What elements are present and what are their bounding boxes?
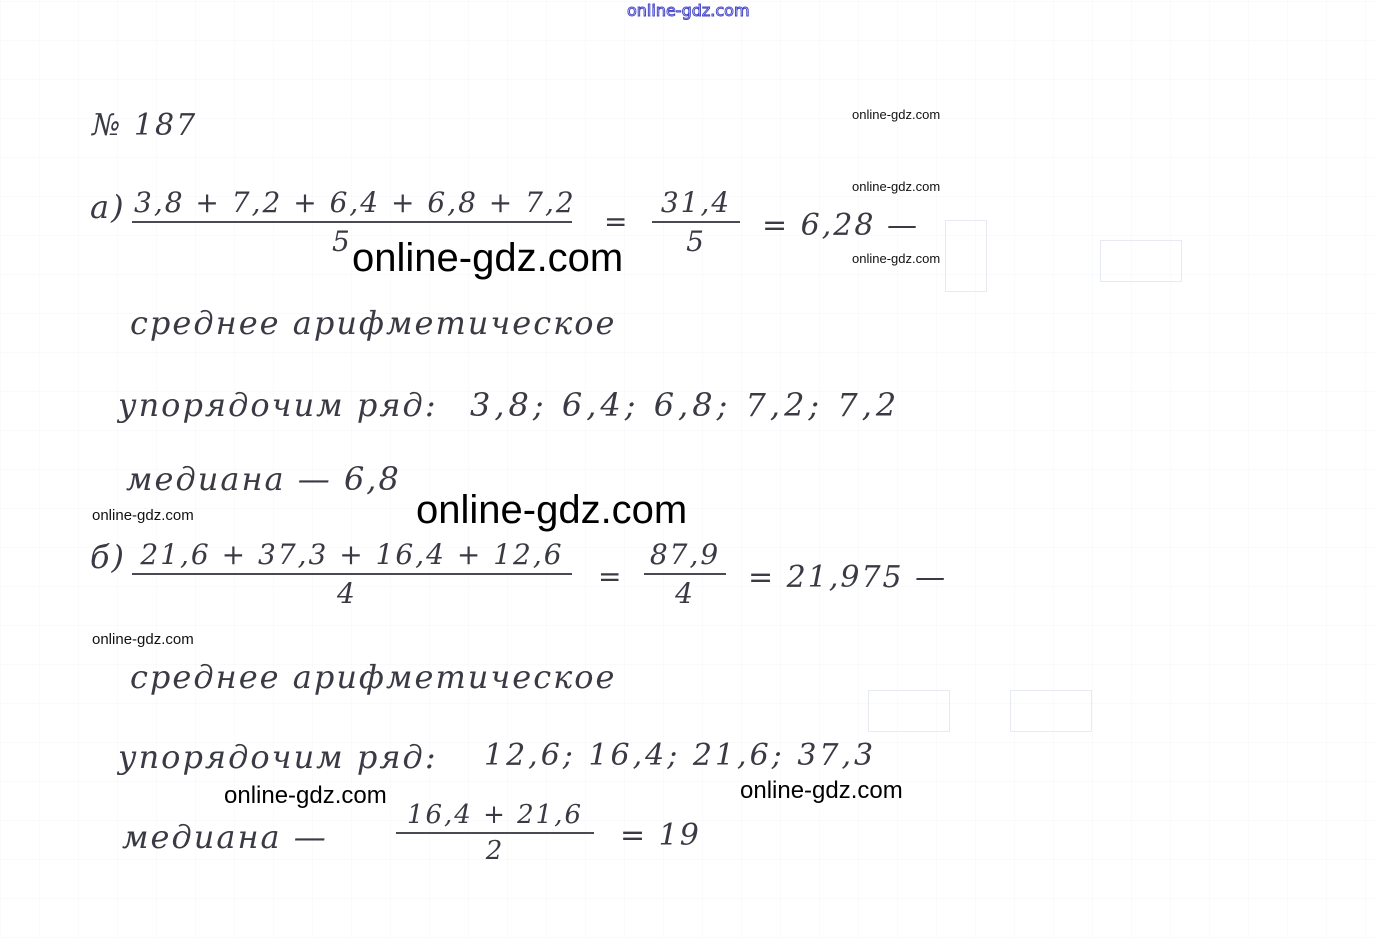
- problem-number: № 187: [92, 108, 197, 143]
- part-a-sum-denominator: 5: [652, 223, 740, 258]
- part-b-ordered-label: упорядочим ряд:: [118, 738, 438, 776]
- faint-grid-mark: [868, 690, 950, 732]
- faint-grid-mark: [1010, 690, 1092, 732]
- watermark-large: online-gdz.com: [352, 236, 623, 281]
- watermark-top: online-gdz.com: [627, 1, 750, 20]
- watermark-small: online-gdz.com: [852, 179, 940, 194]
- part-a-sum-fraction: 31,4 5: [652, 186, 740, 258]
- part-b-numerator: 21,6 + 37,3 + 16,4 + 12,6: [132, 538, 572, 575]
- part-b-median-numerator: 16,4 + 21,6: [396, 800, 594, 834]
- watermark-small: online-gdz.com: [92, 507, 194, 524]
- part-b-label: б): [90, 538, 126, 576]
- part-b-denominator: 4: [132, 575, 572, 610]
- part-b-median-fraction: 16,4 + 21,6 2: [396, 800, 594, 866]
- part-a-ordered-label: упорядочим ряд:: [118, 386, 438, 424]
- part-a-numerator: 3,8 + 7,2 + 6,4 + 6,8 + 7,2: [132, 186, 572, 223]
- part-b-fraction: 21,6 + 37,3 + 16,4 + 12,6 4: [132, 538, 572, 610]
- watermark-medium: online-gdz.com: [740, 777, 903, 805]
- part-b-sum-fraction: 87,9 4: [644, 538, 726, 610]
- part-b-ordered-values: 12,6; 16,4; 21,6; 37,3: [484, 738, 876, 773]
- part-b-result: = 21,975 —: [748, 560, 947, 595]
- watermark-medium: online-gdz.com: [224, 782, 387, 810]
- part-a-ordered-values: 3,8; 6,4; 6,8; 7,2; 7,2: [470, 386, 900, 424]
- part-a-result: = 6,28 —: [762, 208, 919, 243]
- part-b-sum-numerator: 87,9: [644, 538, 726, 575]
- part-a-equals-1: =: [604, 205, 629, 238]
- part-a-sum-numerator: 31,4: [652, 186, 740, 223]
- watermark-small: online-gdz.com: [852, 107, 940, 122]
- part-b-mean-text: среднее арифметическое: [130, 658, 616, 696]
- part-a-mean-text: среднее арифметическое: [130, 304, 616, 342]
- watermark-large: online-gdz.com: [416, 488, 687, 533]
- part-b-equals-1: =: [598, 560, 623, 593]
- faint-grid-mark: [945, 220, 987, 292]
- watermark-small: online-gdz.com: [92, 631, 194, 648]
- part-b-median-denominator: 2: [396, 834, 594, 866]
- part-a-label: а): [90, 188, 126, 226]
- faint-grid-mark: [1100, 240, 1182, 282]
- part-b-median-label: медиана —: [122, 818, 328, 856]
- part-b-median-result: = 19: [620, 818, 701, 853]
- part-a-median: медиана — 6,8: [126, 460, 401, 498]
- watermark-small: online-gdz.com: [852, 251, 940, 266]
- part-b-sum-denominator: 4: [644, 575, 726, 610]
